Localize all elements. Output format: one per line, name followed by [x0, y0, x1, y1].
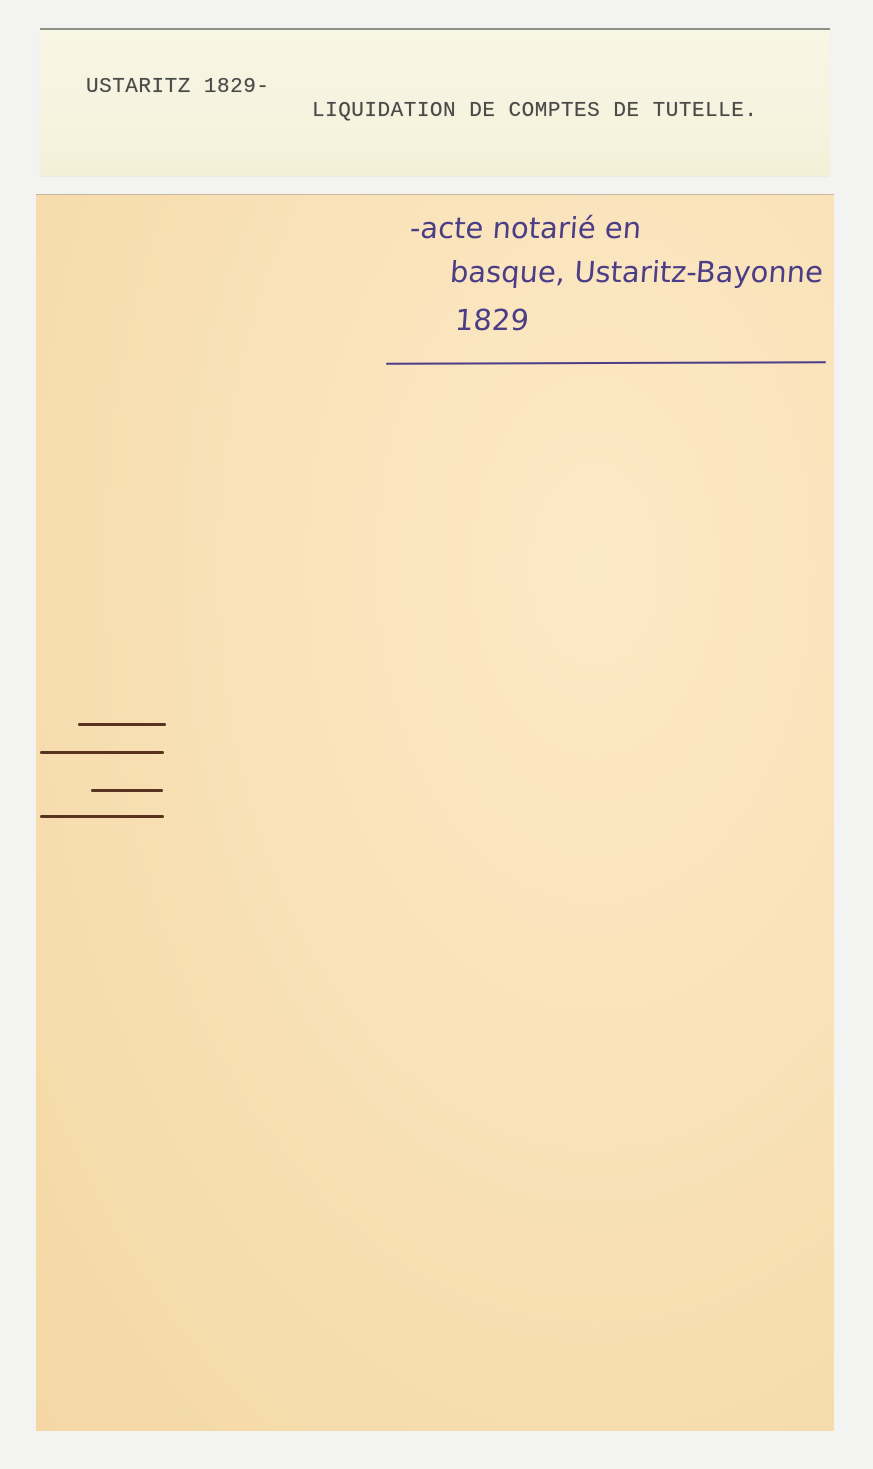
label-title: LIQUIDATION DE COMPTES DE TUTELLE.: [312, 100, 757, 123]
binding-mark-2: [40, 751, 164, 754]
binding-mark-4: [40, 815, 164, 818]
typed-label-strip: USTARITZ 1829- LIQUIDATION DE COMPTES DE…: [40, 28, 830, 176]
handwritten-note-line-2: basque, Ustaritz-Bayonne: [449, 258, 824, 287]
label-place-date: USTARITZ 1829-: [86, 76, 269, 99]
binding-mark-1: [78, 723, 166, 726]
binding-mark-3: [91, 789, 163, 792]
document-folder: [36, 194, 834, 1431]
handwritten-note-line-3: 1829: [454, 306, 530, 335]
handwritten-note-line-1: -acte notarié en: [409, 214, 642, 243]
